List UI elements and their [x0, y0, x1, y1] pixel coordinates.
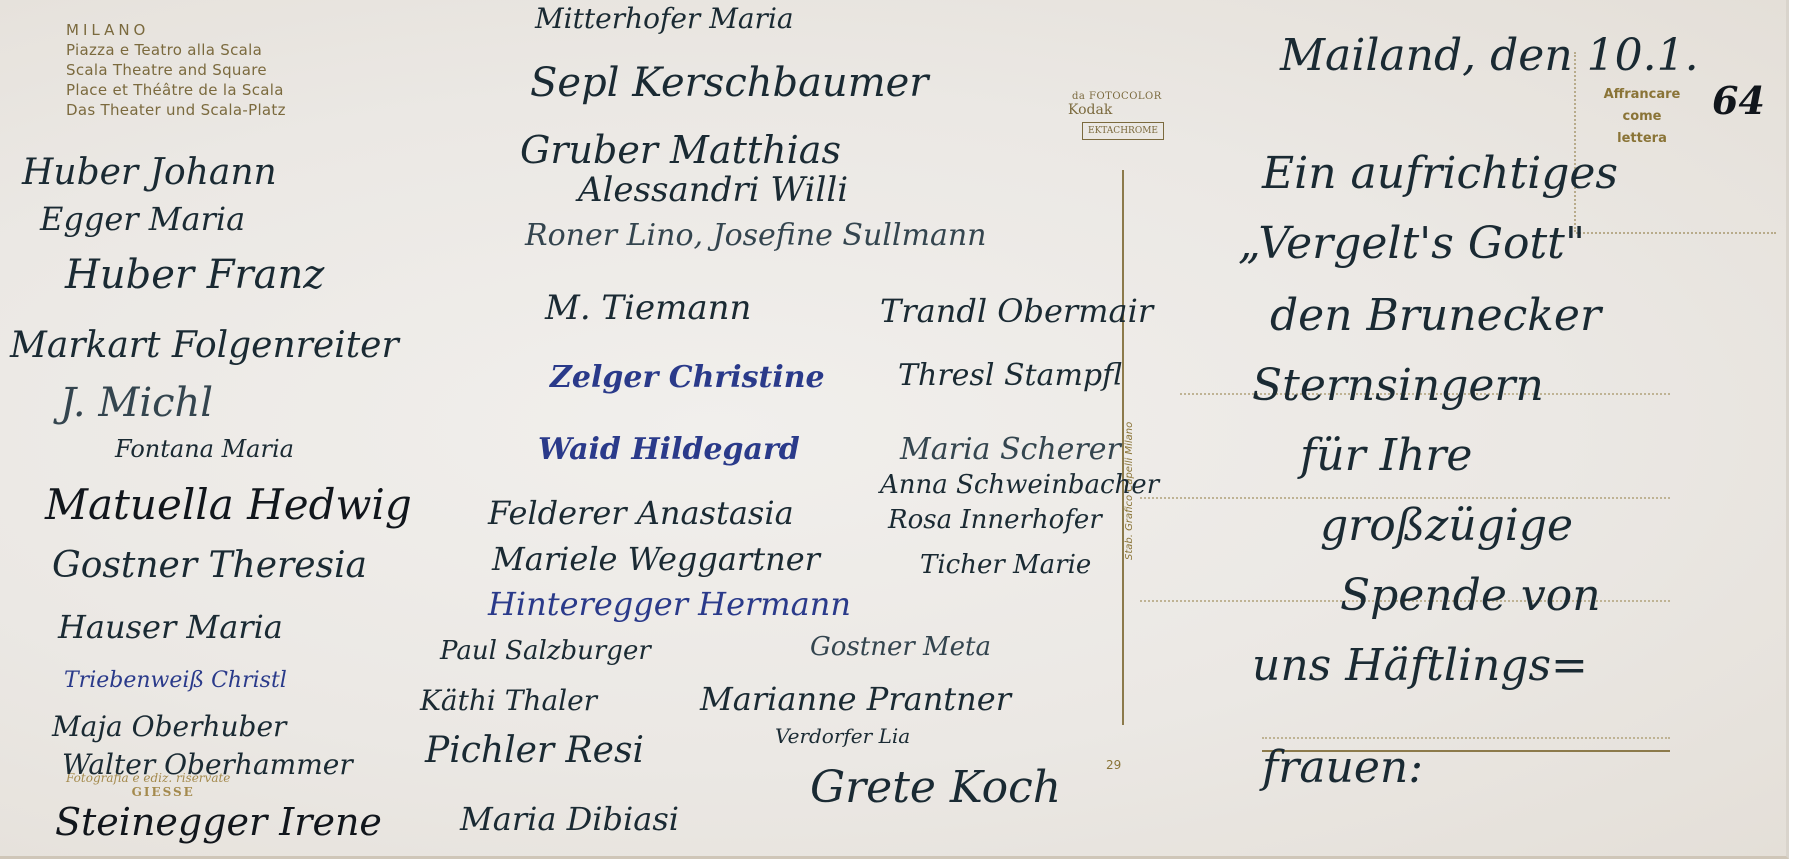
signature: M. Tiemann [545, 288, 751, 328]
stamp-line-1: Affrancare [1587, 84, 1697, 106]
signature: Pichler Resi [425, 730, 644, 771]
signature: Sepl Kerschbaumer [530, 60, 928, 106]
signature: J. Michl [60, 380, 213, 426]
caption-city: MILANO [66, 20, 286, 40]
caption-line-it: Piazza e Teatro alla Scala [66, 40, 286, 60]
postcard-caption: MILANO Piazza e Teatro alla Scala Scala … [66, 20, 286, 120]
signature: Grete Koch [810, 762, 1061, 813]
signature: Maria Dibiasi [460, 800, 679, 838]
stamp-area-text: Affrancare come lettera [1587, 84, 1697, 150]
signature: Mariele Weggartner [492, 540, 820, 578]
kodak-logo: Kodak [1068, 102, 1164, 118]
message-line-2: „Vergelt's Gott" [1238, 218, 1585, 269]
message-line-7: Spende von [1340, 570, 1601, 621]
message-place-date: Mailand, den 10.1. [1280, 30, 1699, 81]
publisher-brand: GIESSE [96, 785, 230, 799]
stamp-line-2: come [1587, 106, 1697, 128]
signature: Thresl Stampfl [898, 358, 1122, 393]
message-line-1: Ein aufrichtiges [1262, 148, 1618, 199]
signature: Fontana Maria [115, 435, 294, 463]
signature: Markart Folgenreiter [10, 325, 399, 366]
signature: Mitterhofer Maria [535, 2, 794, 35]
message-line-6: großzügige [1320, 500, 1573, 551]
signature: Alessandri Willi [578, 170, 848, 210]
signature: Verdorfer Lia [775, 724, 910, 748]
signature: Rosa Innerhofer [888, 505, 1102, 535]
message-line-3: den Brunecker [1270, 290, 1601, 341]
signature: Gruber Matthias [520, 128, 841, 172]
signature: Paul Salzburger [440, 636, 651, 666]
message-line-4: Sternsingern [1252, 360, 1544, 411]
address-line-4 [1262, 737, 1670, 740]
signature: Trandl Obermair [880, 292, 1153, 330]
message-line-9: frauen: [1262, 742, 1423, 793]
signature: Marianne Prantner [700, 680, 1011, 718]
signature: Waid Hildegard [538, 432, 800, 467]
signature: Zelger Christine [550, 360, 825, 395]
message-line-8: uns Häftlings= [1252, 640, 1588, 691]
stamp-line-3: lettera [1587, 128, 1697, 150]
signature: Steinegger Irene [55, 800, 382, 844]
caption-line-fr: Place et Théâtre de la Scala [66, 80, 286, 100]
fotocolor-label: da FOTOCOLOR [1072, 91, 1162, 102]
signature: Hauser Maria [58, 608, 283, 646]
caption-line-de: Das Theater und Scala-Platz [66, 100, 286, 120]
message-year: 64 [1712, 78, 1765, 123]
message-line-5: für Ihre [1300, 430, 1472, 481]
postcard-back: MILANO Piazza e Teatro alla Scala Scala … [0, 0, 1789, 859]
signature: Walter Oberhammer [62, 748, 353, 781]
signature: Felderer Anastasia [488, 494, 794, 532]
caption-line-en: Scala Theatre and Square [66, 60, 286, 80]
signature: Hinteregger Hermann [488, 585, 851, 623]
signature: Anna Schweinbacher [880, 470, 1159, 500]
signature: Maja Oberhuber [52, 710, 286, 743]
card-number: 29 [1106, 758, 1121, 772]
signature: Ticher Marie [920, 550, 1091, 580]
signature: Huber Franz [65, 252, 324, 298]
photo-credit: da FOTOCOLOR Kodak EKTACHROME [1068, 84, 1164, 140]
signature: Matuella Hedwig [45, 480, 412, 529]
signature: Gostner Theresia [52, 545, 367, 586]
signature: Gostner Meta [810, 632, 991, 662]
ektachrome-box: EKTACHROME [1082, 122, 1164, 140]
signature: Käthi Thaler [420, 684, 597, 717]
signature: Egger Maria [40, 200, 245, 238]
signature: Maria Scherer [900, 432, 1121, 467]
stamp-box-border-bottom [1576, 232, 1776, 235]
signature: Huber Johann [22, 152, 277, 193]
signature: Triebenweiß Christl [64, 668, 287, 693]
signature: Roner Lino, Josefine Sullmann [525, 218, 986, 253]
